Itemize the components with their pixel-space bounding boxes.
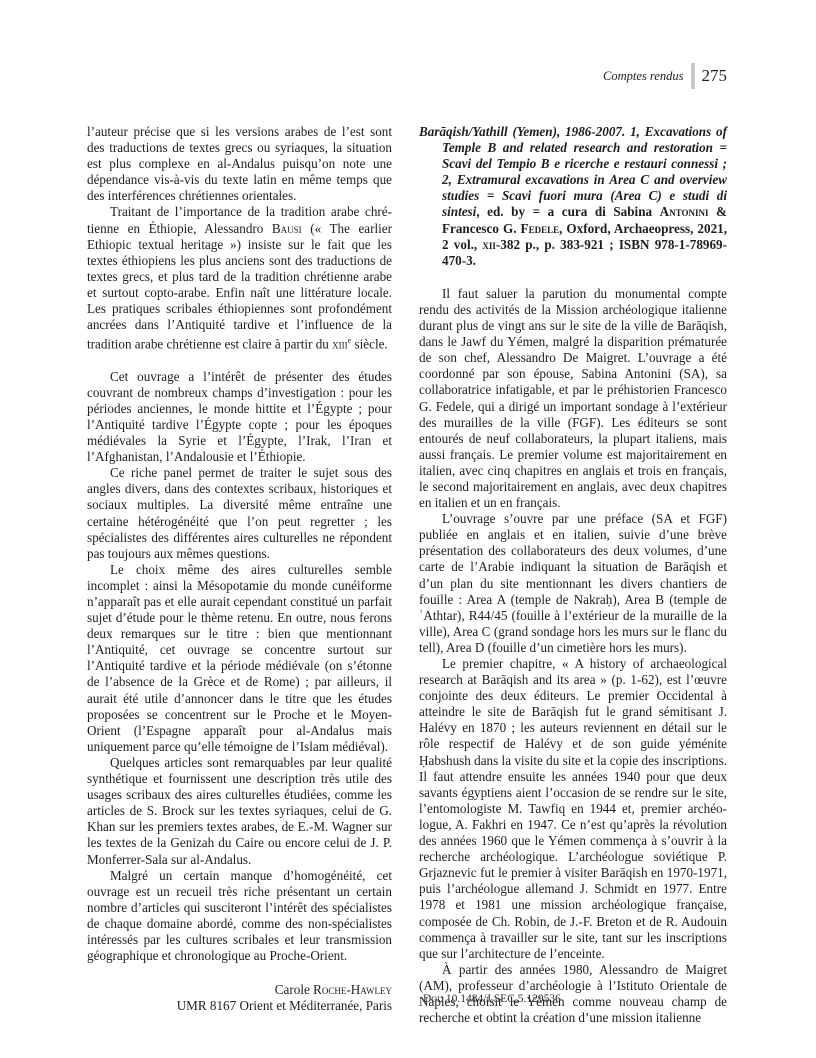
- paragraph-text: siècle.: [351, 337, 387, 352]
- paragraph: Malgré un certain manque d’homogénéité, …: [87, 868, 392, 965]
- paragraph: Il faut saluer la parution du monumental…: [419, 286, 727, 511]
- paragraph: l’auteur précise que si les versions ara…: [87, 124, 392, 204]
- doi-footer: Doi: 10.1484/J.SEC.5.129536: [423, 993, 561, 1005]
- paragraph: Quelques articles sont remarquables par …: [87, 755, 392, 868]
- pages-roman: xii: [482, 237, 496, 252]
- century-numeral: xiii: [332, 337, 348, 352]
- author-name: Bausi: [272, 221, 302, 236]
- right-column: Barāqish/Yathill (Yemen), 1986-2007. 1, …: [419, 124, 727, 1026]
- paragraph-text: (« The earlier Ethiopic textual heritage…: [87, 221, 392, 352]
- doi-label: Doi: [423, 993, 440, 1005]
- running-head-divider: [691, 63, 695, 89]
- running-head-section: Comptes rendus: [603, 69, 683, 84]
- paragraph: Traitant de l’importance de la tradition…: [87, 204, 392, 352]
- paragraph: Ce riche panel permet de traiter le suje…: [87, 465, 392, 562]
- review-signature: Carole Roche-Hawley UMR 8167 Orient et M…: [87, 982, 392, 1014]
- left-column: l’auteur précise que si les versions ara…: [87, 124, 392, 1014]
- doi-value: : 10.1484/J.SEC.5.129536: [440, 993, 561, 1005]
- reviewer-name: Carole Roche-Hawley: [87, 982, 392, 998]
- editor-name: Antonini: [660, 204, 709, 219]
- reviewer-last-name: Roche-Hawley: [313, 982, 392, 997]
- running-head: Comptes rendus 275: [603, 64, 727, 88]
- editor-name: Fedele: [521, 221, 560, 236]
- paragraph: Cet ouvrage a l’intérêt de présenter des…: [87, 369, 392, 466]
- bibliographic-entry: Barāqish/Yathill (Yemen), 1986-2007. 1, …: [419, 124, 727, 269]
- paragraph: Le premier chapitre, « A history of arch…: [419, 656, 727, 962]
- page-number: 275: [702, 66, 728, 86]
- paragraph: Le choix même des aires culturelles semb…: [87, 562, 392, 755]
- reviewer-affiliation: UMR 8167 Orient et Méditerranée, Paris: [87, 998, 392, 1014]
- biblio-text: , ed. by = a cura di Sabina: [476, 204, 659, 219]
- reviewer-first-name: Carole: [275, 982, 313, 997]
- paragraph: L’ouvrage s’ouvre par une préface (SA et…: [419, 511, 727, 656]
